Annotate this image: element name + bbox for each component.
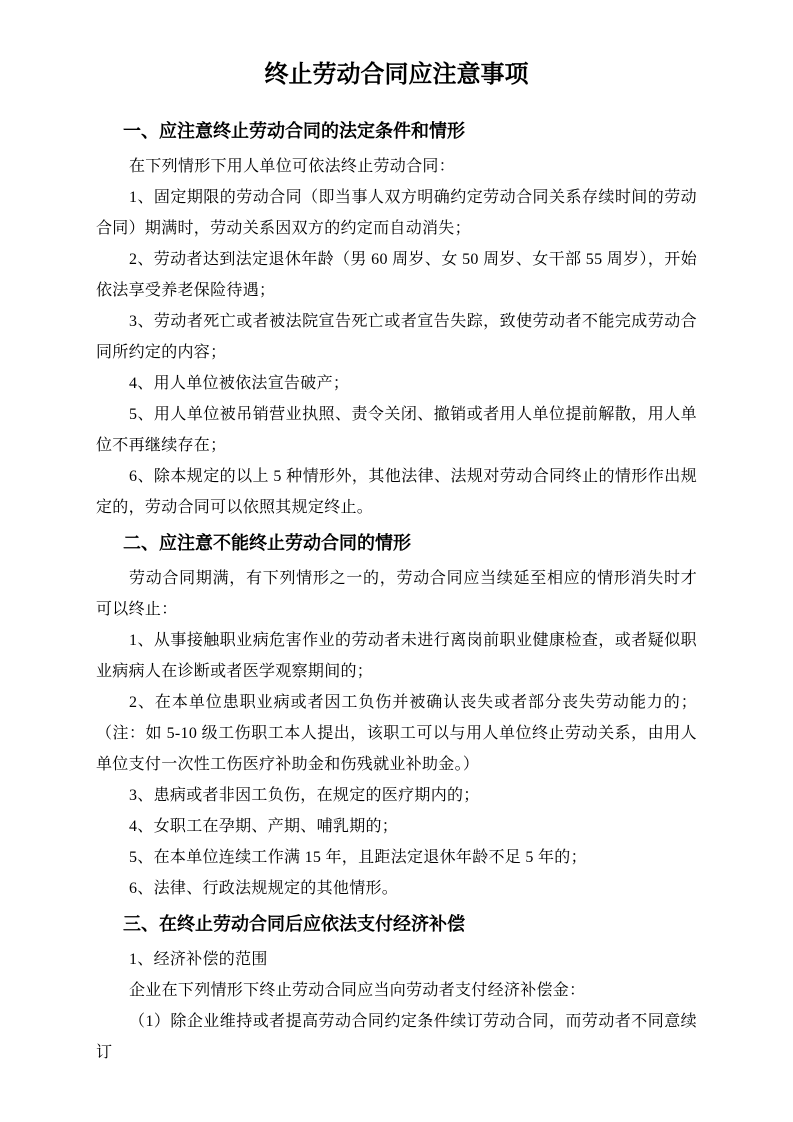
section-economic-compensation: 三、在终止劳动合同后应依法支付经济补偿 1、经济补偿的范围 企业在下列情形下终止…: [96, 909, 697, 1068]
paragraph: 1、从事接触职业病危害作业的劳动者未进行离岗前职业健康检查，或者疑似职业病病人在…: [96, 625, 697, 687]
paragraph: 2、劳动者达到法定退休年龄（男 60 周岁、女 50 周岁、女干部 55 周岁）…: [96, 244, 697, 306]
document-title: 终止劳动合同应注意事项: [96, 60, 697, 90]
paragraph: （1）除企业维持或者提高劳动合同约定条件续订劳动合同，而劳动者不同意续订: [96, 1006, 697, 1068]
paragraph: 6、除本规定的以上 5 种情形外，其他法律、法规对劳动合同终止的情形作出规定的，…: [96, 461, 697, 523]
paragraph: 4、女职工在孕期、产期、哺乳期的；: [96, 811, 697, 842]
paragraph: 劳动合同期满，有下列情形之一的，劳动合同应当续延至相应的情形消失时才可以终止：: [96, 563, 697, 625]
paragraph: 6、法律、行政法规规定的其他情形。: [96, 873, 697, 904]
section-non-termination-situations: 二、应注意不能终止劳动合同的情形 劳动合同期满，有下列情形之一的，劳动合同应当续…: [96, 528, 697, 904]
paragraph: 4、用人单位被依法宣告破产；: [96, 368, 697, 399]
document-page: 终止劳动合同应注意事项 一、应注意终止劳动合同的法定条件和情形 在下列情形下用人…: [0, 0, 793, 1122]
paragraph: 3、患病或者非因工负伤，在规定的医疗期内的；: [96, 780, 697, 811]
paragraph: 1、经济补偿的范围: [96, 944, 697, 975]
section-2-heading: 二、应注意不能终止劳动合同的情形: [96, 528, 697, 558]
paragraph: 5、用人单位被吊销营业执照、责令关闭、撤销或者用人单位提前解散，用人单位不再继续…: [96, 399, 697, 461]
paragraph: 企业在下列情形下终止劳动合同应当向劳动者支付经济补偿金：: [96, 975, 697, 1006]
paragraph: 1、固定期限的劳动合同（即当事人双方明确约定劳动合同关系存续时间的劳动合同）期满…: [96, 182, 697, 244]
paragraph: 5、在本单位连续工作满 15 年，且距法定退休年龄不足 5 年的；: [96, 842, 697, 873]
section-termination-conditions: 一、应注意终止劳动合同的法定条件和情形 在下列情形下用人单位可依法终止劳动合同：…: [96, 116, 697, 523]
section-3-heading: 三、在终止劳动合同后应依法支付经济补偿: [96, 909, 697, 939]
paragraph: 2、在本单位患职业病或者因工负伤并被确认丧失或者部分丧失劳动能力的；（注：如 5…: [96, 687, 697, 780]
section-1-heading: 一、应注意终止劳动合同的法定条件和情形: [96, 116, 697, 146]
paragraph: 在下列情形下用人单位可依法终止劳动合同：: [96, 151, 697, 182]
paragraph: 3、劳动者死亡或者被法院宣告死亡或者宣告失踪，致使劳动者不能完成劳动合同所约定的…: [96, 306, 697, 368]
